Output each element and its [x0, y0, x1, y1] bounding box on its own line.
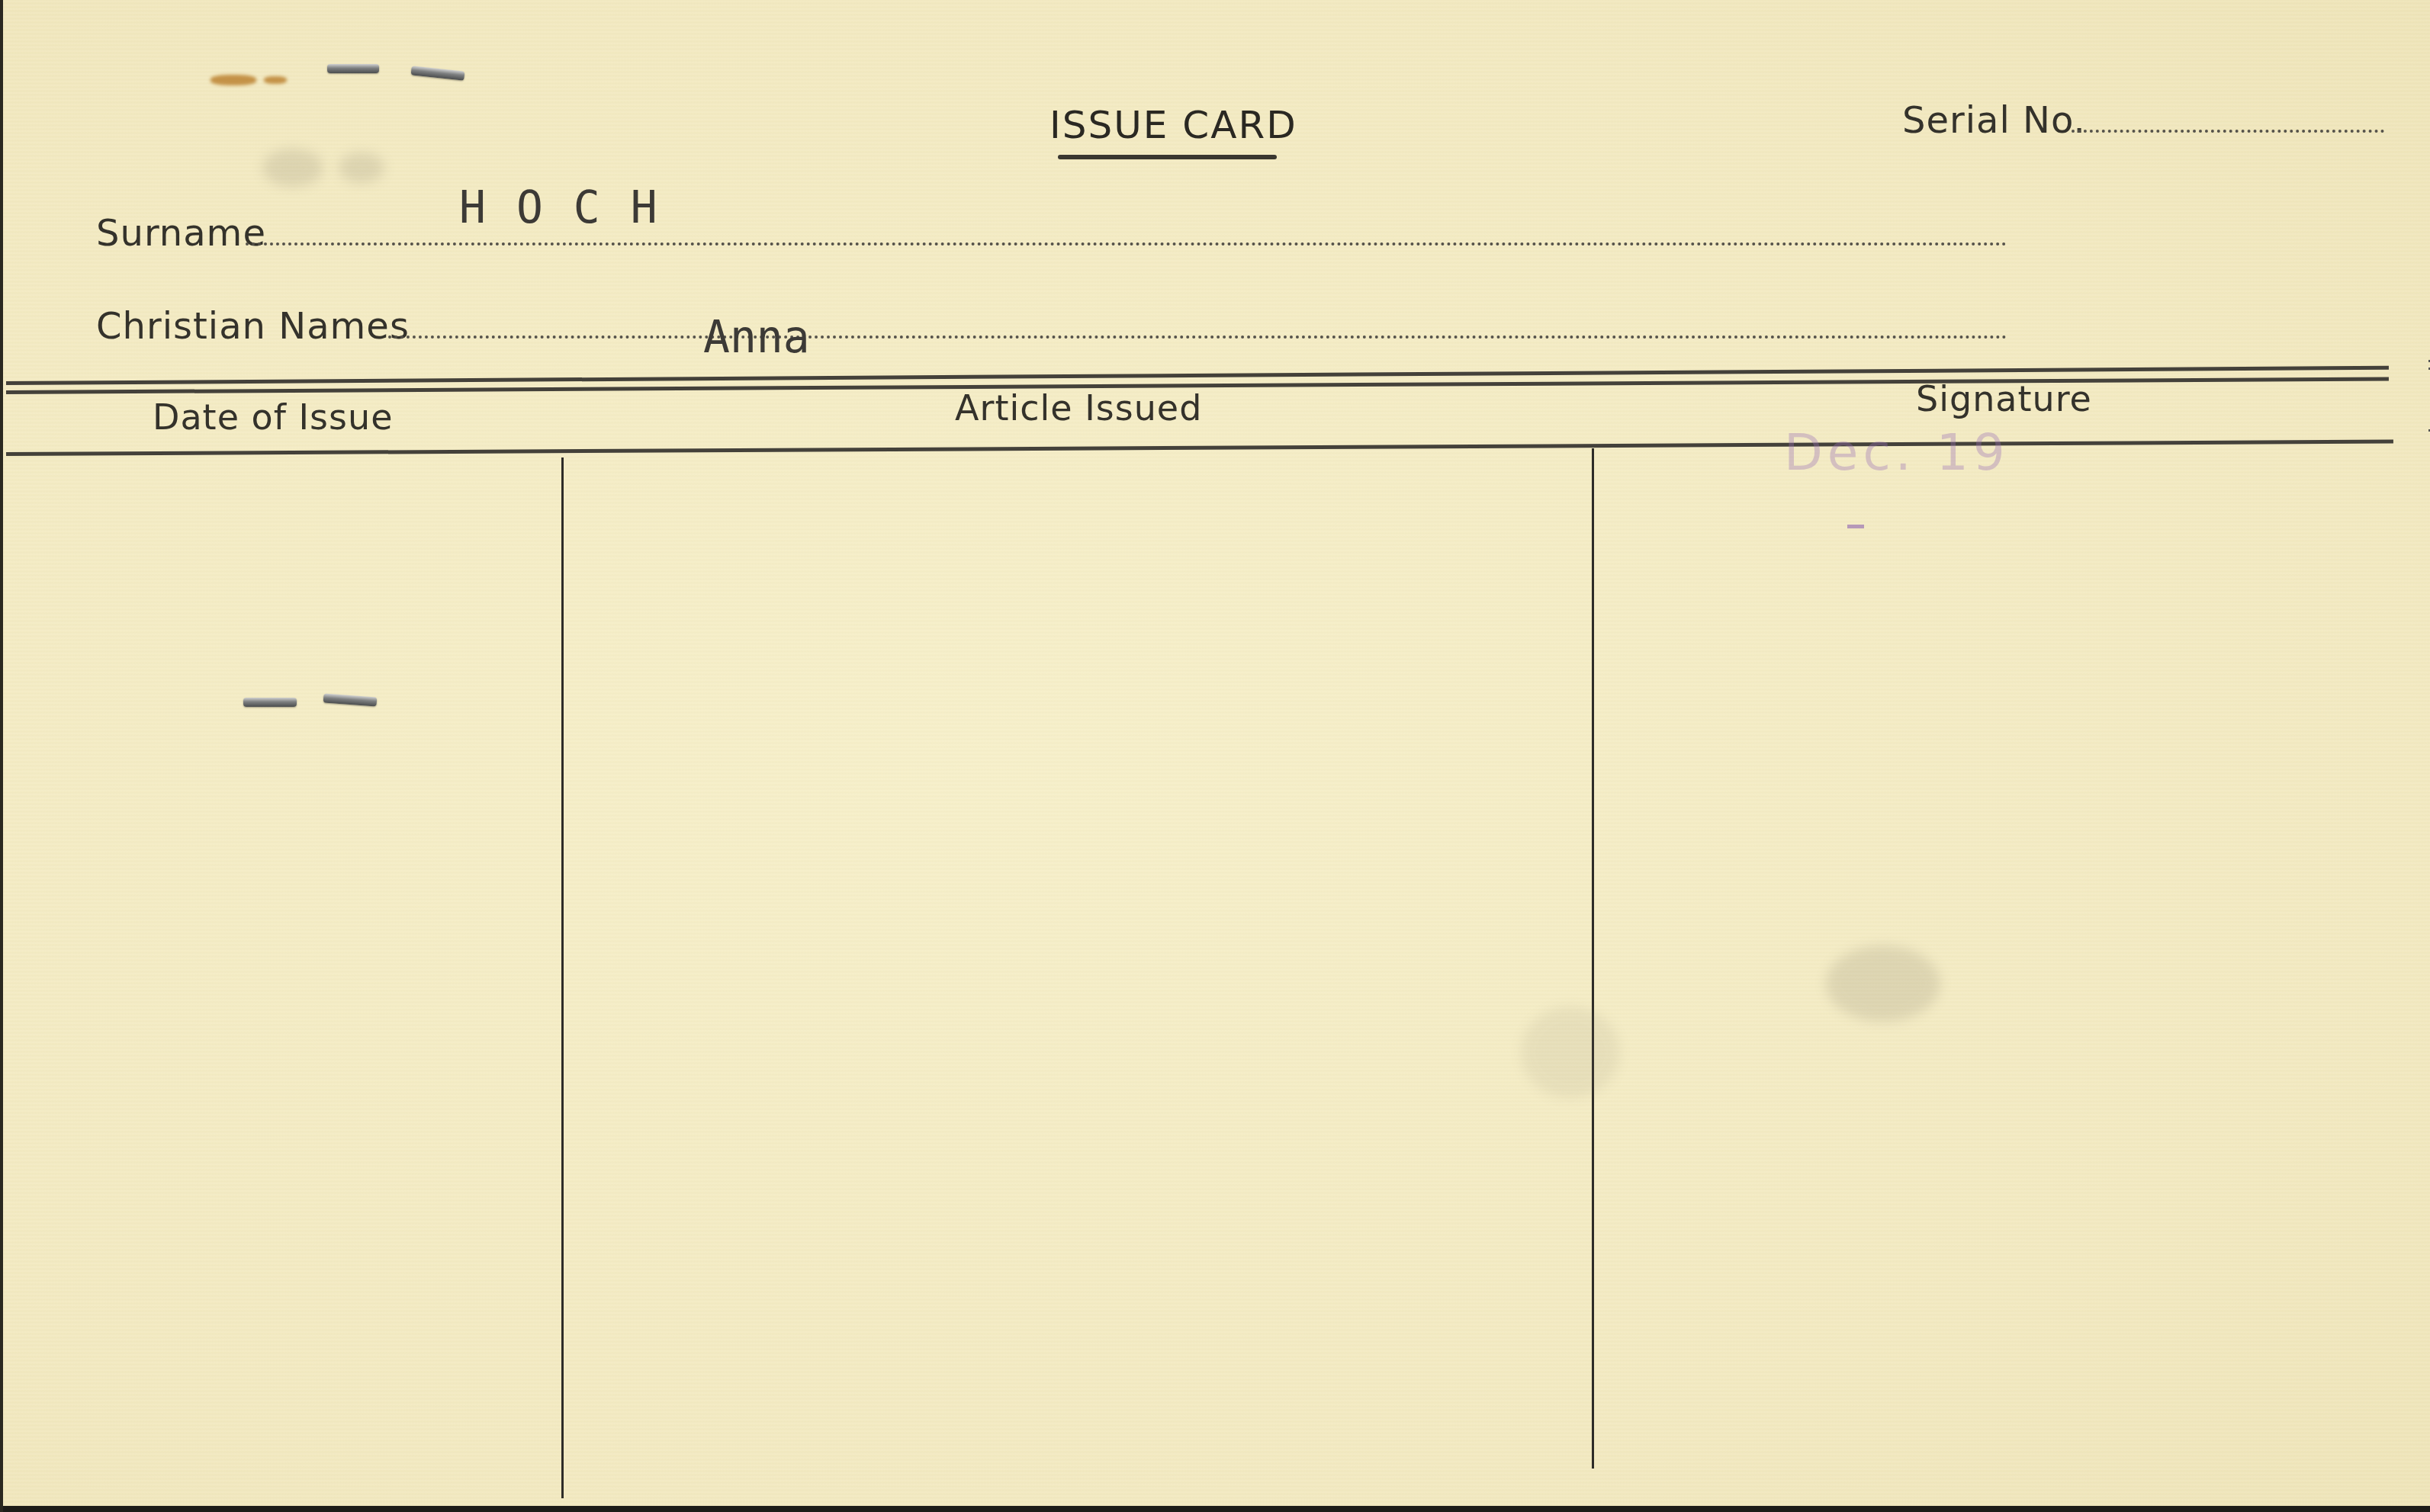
card-title: ISSUE CARD	[1049, 103, 1297, 147]
column-divider-1	[561, 457, 564, 1498]
column-header-signature: Signature	[1916, 378, 2092, 419]
column-divider-2	[1592, 448, 1594, 1469]
surname-label: Surname	[96, 212, 266, 255]
rust-stain	[211, 75, 256, 85]
smudge	[1521, 1006, 1620, 1098]
cell-article-issued[interactable]	[565, 457, 1590, 1494]
smudge	[1826, 945, 1940, 1022]
christian-names-value: Anna	[703, 311, 810, 363]
column-header-date-of-issue: Date of Issue	[153, 396, 393, 438]
stamp-dash	[1847, 525, 1864, 528]
card-bottom-edge	[3, 1506, 2430, 1512]
cell-signature[interactable]	[1596, 450, 2389, 1487]
issue-card: ISSUE CARD Serial No. Surname HOCH Chris…	[0, 0, 2430, 1512]
cell-date-of-issue[interactable]	[8, 457, 560, 1494]
christian-names-field-line[interactable]	[388, 335, 2007, 339]
date-stamp: Dec. 19	[1784, 423, 2010, 482]
serial-field-line[interactable]	[2072, 130, 2384, 133]
surname-value: HOCH	[459, 181, 688, 233]
staple-icon	[327, 64, 379, 73]
surname-field-line[interactable]	[246, 242, 2007, 246]
christian-names-label: Christian Names	[96, 305, 410, 348]
rust-stain	[264, 76, 287, 84]
title-underline	[1058, 155, 1277, 159]
serial-label: Serial No.	[1902, 99, 2086, 142]
smudge	[262, 149, 323, 187]
staple-icon	[411, 66, 465, 80]
staple-icon	[243, 698, 297, 707]
column-header-article-issued: Article Issued	[955, 387, 1202, 429]
smudge	[339, 152, 384, 183]
